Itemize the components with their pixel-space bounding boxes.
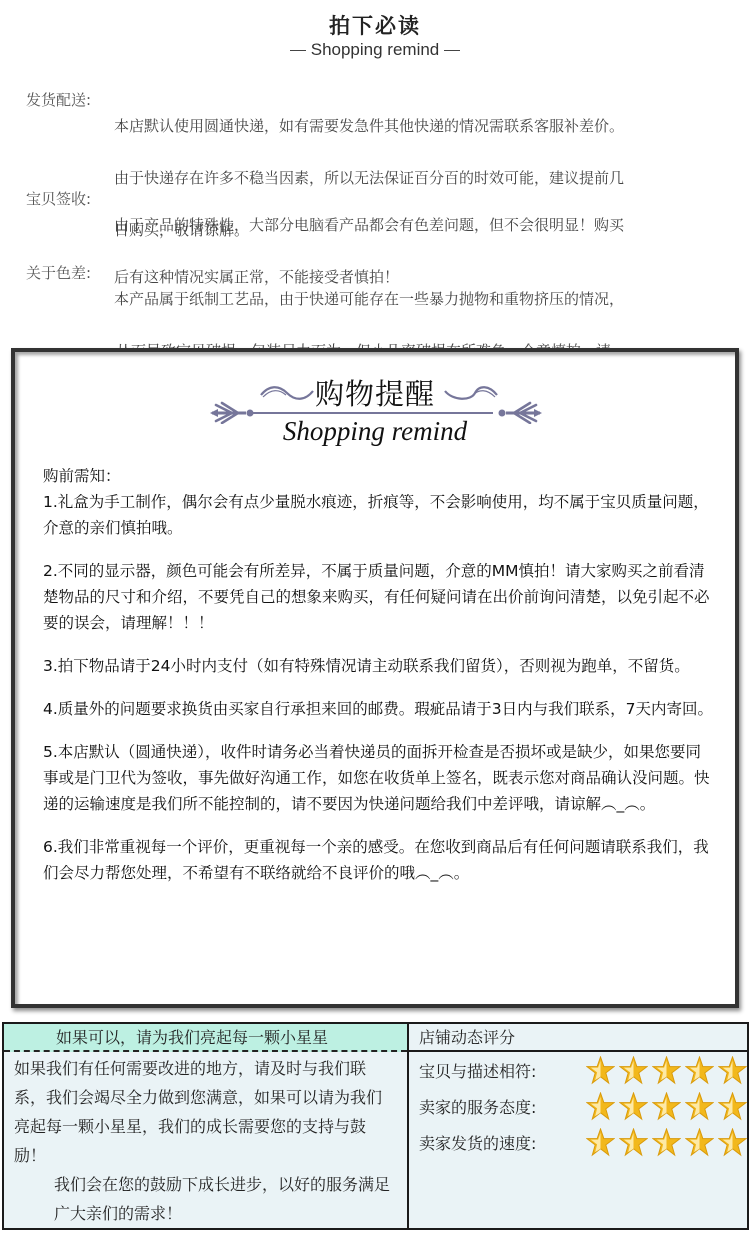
- reminder-item: 1.礼盒为手工制作，偶尔会有点少量脱水痕迹，折痕等，不会影响使用，均不属于宝贝质…: [43, 489, 715, 541]
- star-icon: [652, 1056, 681, 1085]
- reminder-item: 4.质量外的问题要求换货由买家自行承担来回的邮费。瑕疵品请于3日内与我们联系，7…: [43, 696, 715, 722]
- star-icon: [652, 1128, 681, 1157]
- dash-left: [290, 50, 306, 51]
- shopping-reminder-box: 购物提醒 Shopping remind 购前需知： 1.礼盒为手工制作，偶尔会…: [11, 348, 739, 1008]
- notice-line: 由于产品的特殊性，大部分电脑看产品都会有色差问题，但不会很明显！购买: [114, 212, 736, 238]
- reminder-title-cn: 购物提醒: [15, 372, 735, 413]
- feedback-body: 如果我们有任何需要改进的地方，请及时与我们联系，我们会竭尽全力做到您满意，如果可…: [4, 1052, 407, 1228]
- star-rating: [586, 1128, 747, 1157]
- feedback-heading: 如果可以，请为我们亮起每一颗小星星: [4, 1024, 407, 1052]
- star-rating: [586, 1092, 747, 1121]
- feedback-ratings-table: 如果可以，请为我们亮起每一颗小星星 如果我们有任何需要改进的地方，请及时与我们联…: [2, 1022, 749, 1230]
- rating-row-shipping-speed: 卖家发货的速度:: [409, 1124, 747, 1160]
- notice-label: 关于色差:: [26, 260, 91, 286]
- star-icon: [619, 1056, 648, 1085]
- reminder-item: 2.不同的显示器，颜色可能会有所差异，不属于质量问题，介意的MM慎拍！请大家购买…: [43, 558, 715, 636]
- star-icon: [718, 1092, 747, 1121]
- star-icon: [619, 1092, 648, 1121]
- star-icon: [586, 1092, 615, 1121]
- reminder-title-en: Shopping remind: [15, 416, 735, 447]
- star-rating: [586, 1056, 747, 1085]
- page-title: 拍下必读: [0, 10, 750, 40]
- star-icon: [586, 1128, 615, 1157]
- reminder-item: 6.我们非常重视每一个评价，更重视每一个亲的感受。在您收到商品后有任何问题请联系…: [43, 834, 715, 886]
- page-subtitle-text: Shopping remind: [311, 40, 440, 59]
- rating-label: 宝贝与描述相符:: [419, 1059, 586, 1082]
- feedback-panel: 如果可以，请为我们亮起每一颗小星星 如果我们有任何需要改进的地方，请及时与我们联…: [4, 1024, 409, 1228]
- ratings-heading: 店铺动态评分: [409, 1024, 747, 1052]
- star-icon: [718, 1056, 747, 1085]
- rating-label: 卖家发货的速度:: [419, 1131, 586, 1154]
- notice-line: 本店默认使用圆通快递，如有需要发急件其他快递的情况需联系客服补差价。: [114, 113, 736, 139]
- reminder-heading: 购物提醒 Shopping remind: [15, 372, 735, 462]
- reminder-intro: 购前需知：: [43, 463, 715, 489]
- dash-right: [444, 50, 460, 51]
- shop-ratings-panel: 店铺动态评分 宝贝与描述相符: 卖家的服务态度: 卖家发货的速度:: [409, 1024, 747, 1228]
- page-subtitle: Shopping remind: [0, 40, 750, 60]
- notice-label: 发货配送:: [26, 87, 91, 113]
- feedback-text-2: 我们会在您的鼓励下成长进步，以好的服务满足广大亲们的需求！: [14, 1170, 397, 1228]
- rating-row-service: 卖家的服务态度:: [409, 1088, 747, 1124]
- rating-row-description: 宝贝与描述相符:: [409, 1052, 747, 1088]
- feedback-text: 如果我们有任何需要改进的地方，请及时与我们联系，我们会竭尽全力做到您满意，如果可…: [14, 1059, 382, 1165]
- rating-label: 卖家的服务态度:: [419, 1095, 586, 1118]
- star-icon: [685, 1056, 714, 1085]
- reminder-item: 5.本店默认（圆通快递），收件时请务必当着快递员的面拆开检查是否损坏或是缺少，如…: [43, 739, 715, 817]
- reminder-content: 购前需知： 1.礼盒为手工制作，偶尔会有点少量脱水痕迹，折痕等，不会影响使用，均…: [43, 463, 715, 903]
- star-icon: [586, 1056, 615, 1085]
- reminder-item: 3.拍下物品请于24小时内支付（如有特殊情况请主动联系我们留货），否则视为跑单，…: [43, 653, 715, 679]
- star-icon: [718, 1128, 747, 1157]
- star-icon: [652, 1092, 681, 1121]
- star-icon: [619, 1128, 648, 1157]
- star-icon: [685, 1092, 714, 1121]
- notice-label: 宝贝签收:: [26, 186, 91, 212]
- notice-line: 本产品属于纸制工艺品，由于快递可能存在一些暴力抛物和重物挤压的情况，: [114, 286, 736, 312]
- star-icon: [685, 1128, 714, 1157]
- heading-divider: [253, 412, 493, 414]
